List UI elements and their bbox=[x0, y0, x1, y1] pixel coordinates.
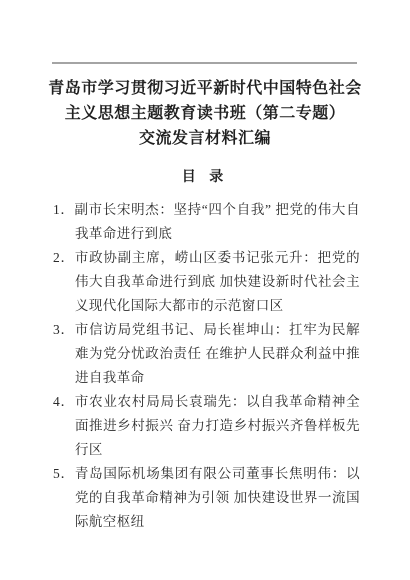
toc-item-number: 4． bbox=[53, 394, 75, 409]
toc-item: 4．市农业农村局局长袁瑞先：以自我革命精神全面推进乡村振兴 奋力打造乡村振兴齐鲁… bbox=[53, 390, 360, 462]
toc-item-text: 市信访局党组书记、局长崔坤山：扛牢为民解难为党分忧政治责任 在维护人民群众利益中… bbox=[75, 322, 360, 385]
toc-list: 1．副市长宋明杰：坚持“四个自我” 把党的伟大自我革命进行到底 2．市政协副主席… bbox=[53, 198, 360, 534]
document-page: 青岛市学习贯彻习近平新时代中国特色社会 主义思想主题教育读书班（第二专题） 交流… bbox=[0, 0, 410, 580]
document-title: 青岛市学习贯彻习近平新时代中国特色社会 主义思想主题教育读书班（第二专题） 交流… bbox=[20, 76, 390, 151]
toc-item: 5．青岛国际机场集团有限公司董事长焦明伟：以党的自我革命精神为引领 加快建设世界… bbox=[53, 462, 360, 534]
toc-item-text: 市政协副主席，崂山区委书记张元升：把党的伟大自我革命进行到底 加快建设新时代社会… bbox=[75, 250, 360, 313]
toc-item: 1．副市长宋明杰：坚持“四个自我” 把党的伟大自我革命进行到底 bbox=[53, 198, 360, 246]
toc-item-text: 市农业农村局局长袁瑞先：以自我革命精神全面推进乡村振兴 奋力打造乡村振兴齐鲁样板… bbox=[75, 394, 360, 457]
toc-item-number: 1． bbox=[53, 202, 75, 217]
toc-item-number: 5． bbox=[53, 466, 75, 481]
document-title-line-2: 主义思想主题教育读书班（第二专题） bbox=[20, 101, 390, 126]
toc-item: 2．市政协副主席，崂山区委书记张元升：把党的伟大自我革命进行到底 加快建设新时代… bbox=[53, 246, 360, 318]
toc-heading: 目 录 bbox=[0, 166, 410, 186]
toc-item-text: 副市长宋明杰：坚持“四个自我” 把党的伟大自我革命进行到底 bbox=[75, 202, 360, 241]
document-title-line-3: 交流发言材料汇编 bbox=[20, 126, 390, 151]
document-title-line-1: 青岛市学习贯彻习近平新时代中国特色社会 bbox=[20, 76, 390, 101]
toc-item-number: 2． bbox=[53, 250, 75, 265]
toc-item-text: 青岛国际机场集团有限公司董事长焦明伟：以党的自我革命精神为引领 加快建设世界一流… bbox=[75, 466, 360, 529]
toc-item-number: 3． bbox=[53, 322, 75, 337]
toc-item: 3．市信访局党组书记、局长崔坤山：扛牢为民解难为党分忧政治责任 在维护人民群众利… bbox=[53, 318, 360, 390]
title-divider-rule bbox=[52, 62, 357, 64]
